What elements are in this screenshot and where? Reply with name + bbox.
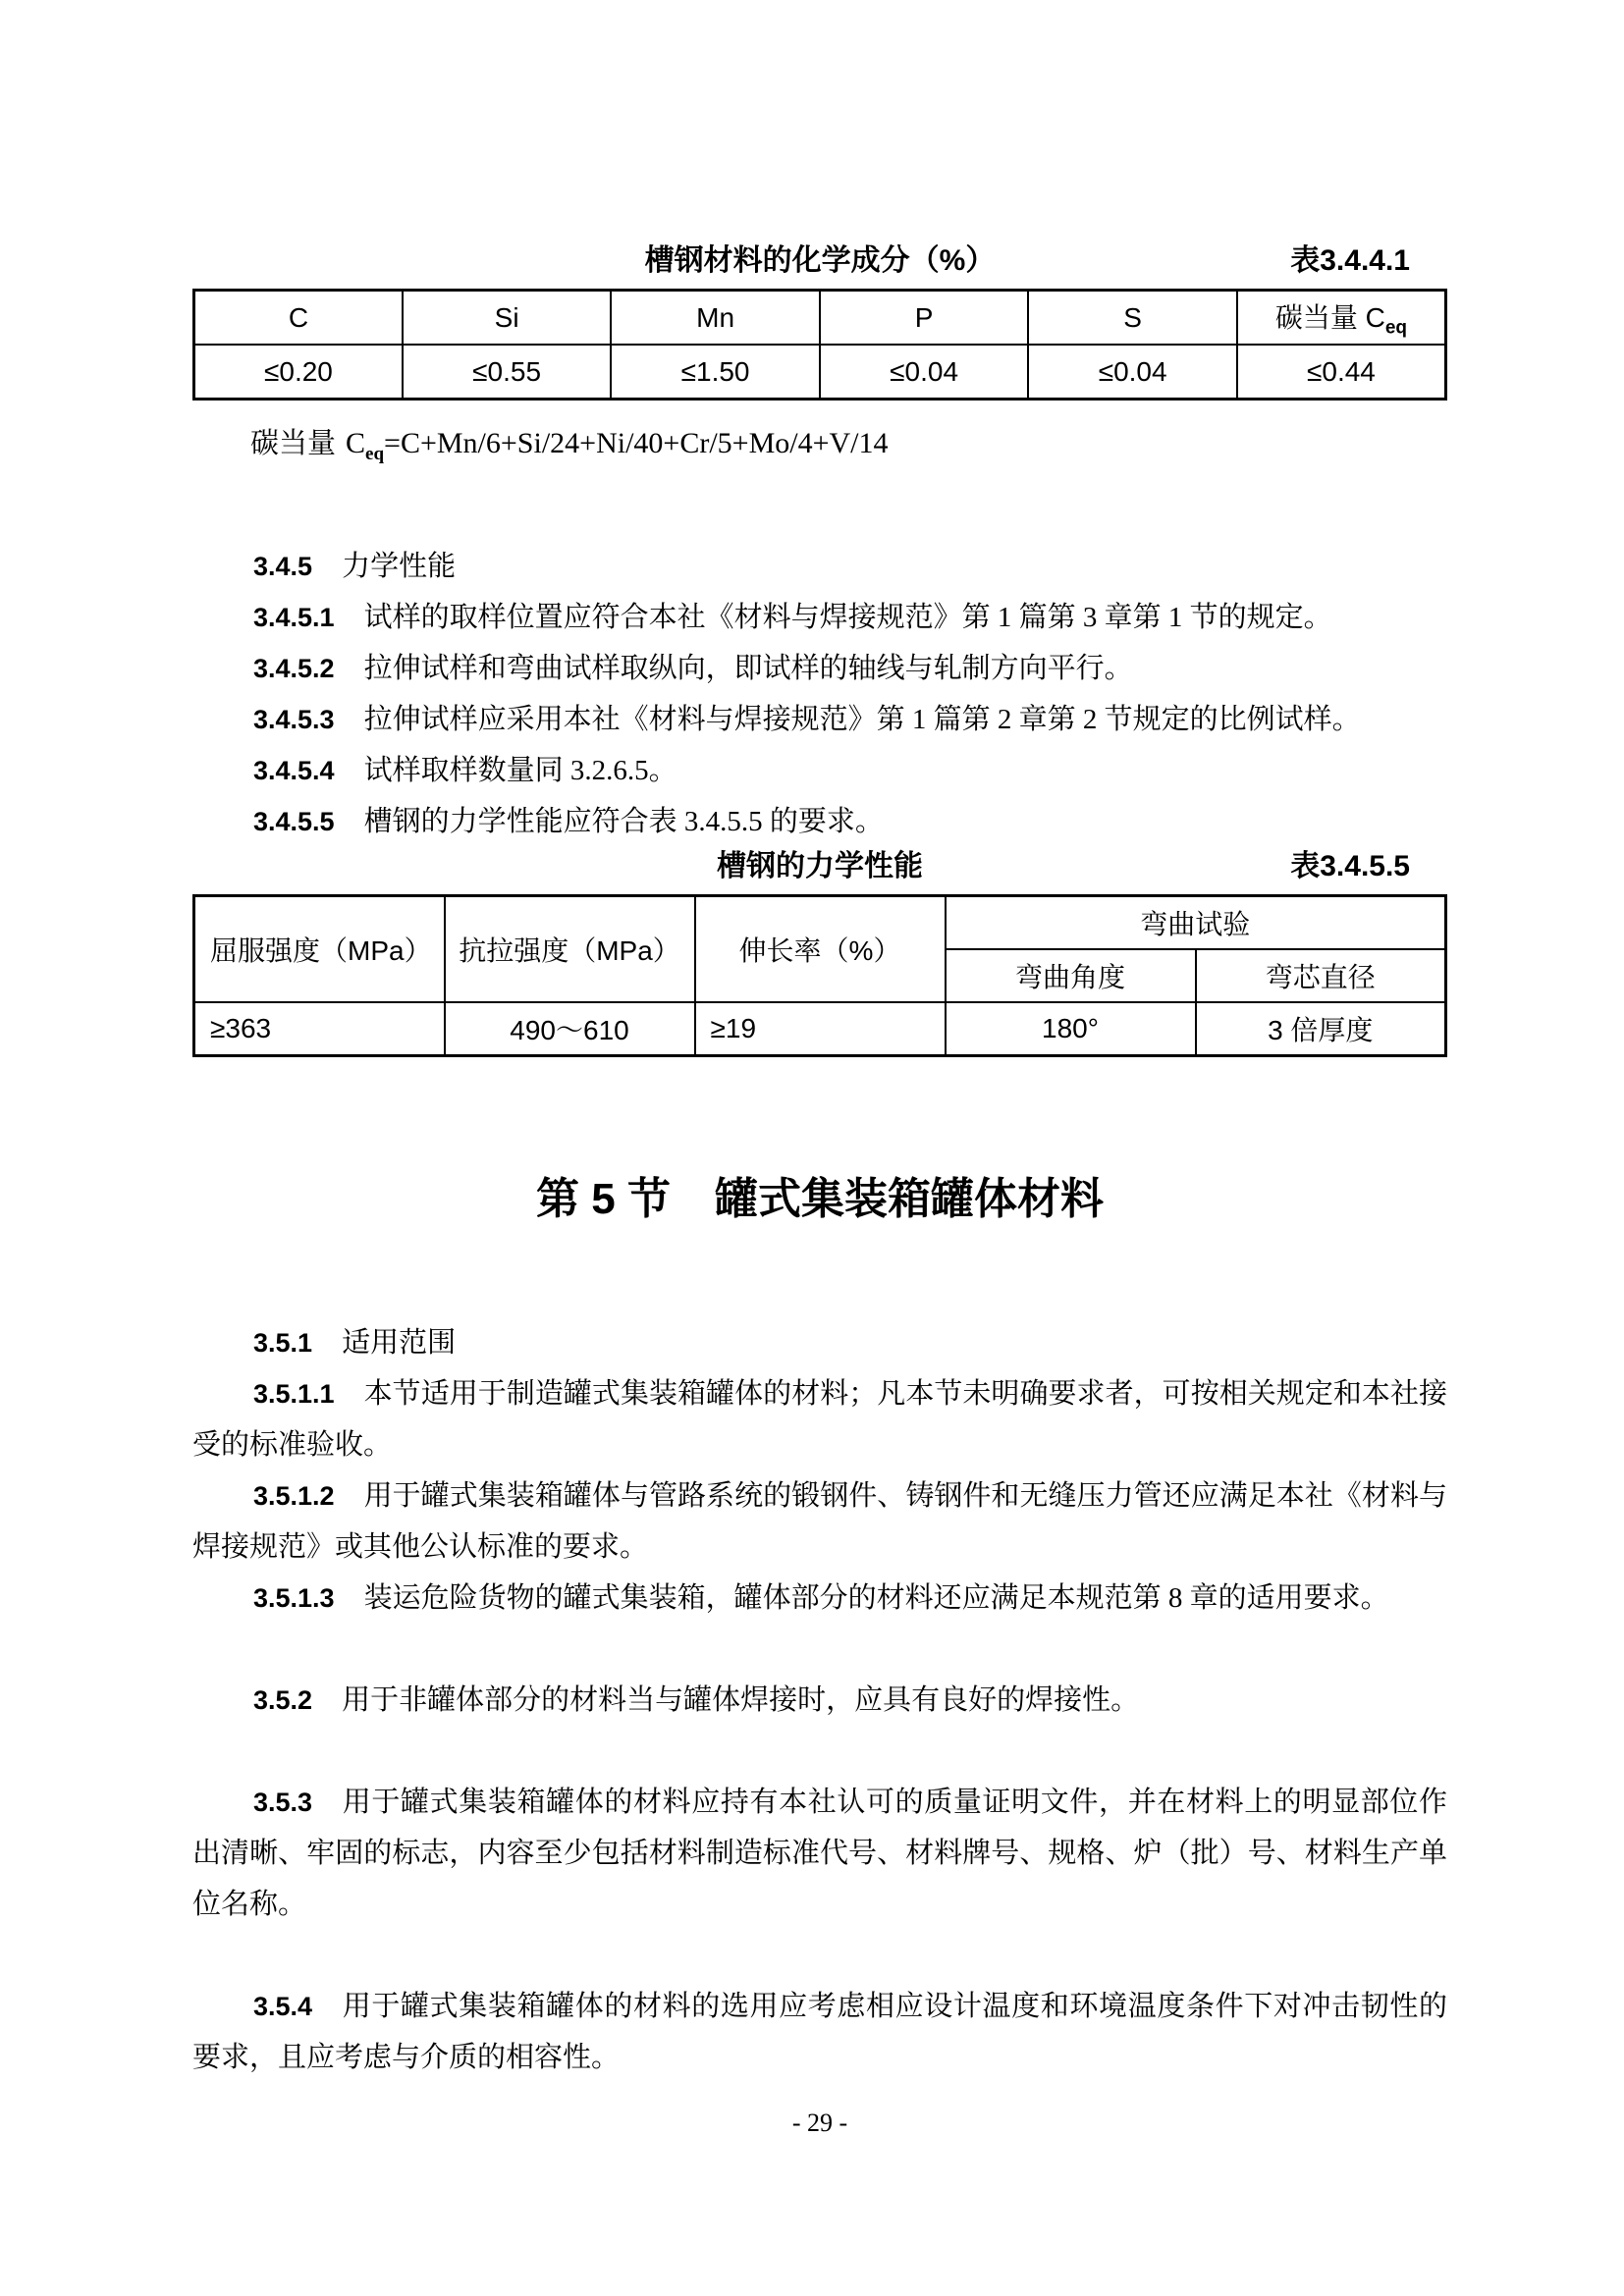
formula-c: C [346,427,365,459]
clause-number: 3.4.5.2 [253,654,335,683]
clause-number: 3.4.5 [253,552,312,581]
table-row: ≤0.20 ≤0.55 ≤1.50 ≤0.04 ≤0.04 ≤0.44 [194,345,1446,400]
table1-number-label: 表3.4.4.1 [1290,241,1410,281]
section-5-heading: 第 5 节罐式集装箱罐体材料 [192,1170,1447,1229]
clause-text: 槽钢的力学性能应符合表 3.4.5.5 的要求。 [364,806,884,837]
clause-3-5-1-2: 3.5.1.2用于罐式集装箱罐体与管路系统的锻钢件、铸钢件和无缝压力管还应满足本… [192,1470,1447,1573]
table-row: C Si Mn P S 碳当量 Ceq [194,291,1446,346]
clause-text: 用于罐式集装箱罐体的材料的选用应考虑相应设计温度和环境温度条件下对冲击韧性的要求… [192,1991,1447,2073]
table2-header-bend-group: 弯曲试验 [946,896,1446,950]
clause-text: 本节适用于制造罐式集装箱罐体的材料；凡本节未明确要求者，可按相关规定和本社接受的… [192,1378,1447,1461]
clause-number: 3.4.5.5 [253,807,335,836]
clause-text: 用于罐式集装箱罐体的材料应持有本社认可的质量证明文件，并在材料上的明显部位作出清… [192,1787,1447,1920]
table1-header-p: P [820,291,1029,346]
clause-number: 3.5.3 [253,1788,312,1817]
clause-text: 用于非罐体部分的材料当与罐体焊接时，应具有良好的焊接性。 [342,1684,1139,1716]
clause-text: 适用范围 [342,1327,456,1359]
table2-header-bend-mandrel: 弯芯直径 [1196,949,1446,1002]
clause-3-5-2: 3.5.2用于非罐体部分的材料当与罐体焊接时，应具有良好的焊接性。 [192,1675,1447,1726]
table2-caption-row: 槽钢的力学性能 表3.4.5.5 [192,847,1447,886]
clause-3-5-1-1: 3.5.1.1本节适用于制造罐式集装箱罐体的材料；凡本节未明确要求者，可按相关规… [192,1368,1447,1470]
section-5-number: 第 5 节 [536,1175,671,1223]
chemical-composition-table: C Si Mn P S 碳当量 Ceq ≤0.20 ≤0.55 ≤1.50 ≤0… [192,289,1447,400]
table2-value-bend-mandrel: 3 倍厚度 [1196,1002,1446,1056]
table2-title: 槽钢的力学性能 [717,850,923,882]
clause-text: 装运危险货物的罐式集装箱，罐体部分的材料还应满足本规范第 8 章的适用要求。 [364,1582,1389,1614]
clause-text: 试样取样数量同 3.2.6.5。 [364,755,677,786]
clause-3-4-5-4: 3.4.5.4试样取样数量同 3.2.6.5。 [192,745,1447,796]
table1-value-si: ≤0.55 [403,345,611,400]
clause-3-5-1-3: 3.5.1.3装运危险货物的罐式集装箱，罐体部分的材料还应满足本规范第 8 章的… [192,1573,1447,1624]
table-row: 屈服强度（MPa） 抗拉强度（MPa） 伸长率（%） 弯曲试验 [194,896,1446,950]
table2-header-elongation: 伸长率（%） [695,896,946,1003]
clause-number: 3.4.5.4 [253,756,335,785]
clause-number: 3.5.1 [253,1328,312,1358]
table1-header-s: S [1028,291,1237,346]
clause-text: 力学性能 [342,551,456,582]
clause-3-4-5: 3.4.5力学性能 [192,541,1447,592]
clause-number: 3.5.4 [253,1992,312,2021]
table2-number-label: 表3.4.5.5 [1290,847,1410,886]
clause-text: 拉伸试样和弯曲试样取纵向，即试样的轴线与轧制方向平行。 [364,653,1133,684]
clause-3-4-5-5: 3.4.5.5槽钢的力学性能应符合表 3.4.5.5 的要求。 [192,796,1447,847]
mechanical-properties-table: 屈服强度（MPa） 抗拉强度（MPa） 伸长率（%） 弯曲试验 弯曲角度 弯芯直… [192,894,1447,1057]
clause-3-5-1: 3.5.1适用范围 [192,1317,1447,1368]
table1-header-c: C [194,291,403,346]
table2-header-yield: 屈服强度（MPa） [194,896,445,1003]
table1-header-ceq: 碳当量 Ceq [1237,291,1446,346]
clause-number: 3.4.5.3 [253,705,335,734]
formula-cjk-label: 碳当量 [250,428,336,459]
table2-value-tensile: 490～610 [445,1002,695,1056]
formula-expression: =C+Mn/6+Si/24+Ni/40+Cr/5+Mo/4+V/14 [384,427,889,459]
clause-3-5-4: 3.5.4用于罐式集装箱罐体的材料的选用应考虑相应设计温度和环境温度条件下对冲击… [192,1981,1447,2083]
clause-text: 拉伸试样应采用本社《材料与焊接规范》第 1 篇第 2 章第 2 节规定的比例试样… [364,704,1361,735]
page-number: - 29 - [192,2109,1447,2138]
formula-subscript: eq [365,444,384,464]
clause-3-4-5-1: 3.4.5.1试样的取样位置应符合本社《材料与焊接规范》第 1 篇第 3 章第 … [192,592,1447,643]
clause-3-5-3: 3.5.3用于罐式集装箱罐体的材料应持有本社认可的质量证明文件，并在材料上的明显… [192,1777,1447,1930]
table2-value-yield: ≥363 [194,1002,445,1056]
table2-value-elongation: ≥19 [695,1002,946,1056]
table1-header-mn: Mn [611,291,820,346]
clause-number: 3.5.1.1 [253,1379,335,1409]
table1-header-si: Si [403,291,611,346]
table2-header-tensile: 抗拉强度（MPa） [445,896,695,1003]
clause-text: 试样的取样位置应符合本社《材料与焊接规范》第 1 篇第 3 章第 1 节的规定。 [364,602,1332,633]
clause-number: 3.5.2 [253,1685,312,1715]
table1-value-ceq: ≤0.44 [1237,345,1446,400]
carbon-equivalent-formula: 碳当量Ceq=C+Mn/6+Si/24+Ni/40+Cr/5+Mo/4+V/14 [192,418,1447,480]
clause-number: 3.5.1.3 [253,1583,335,1613]
clause-text: 用于罐式集装箱罐体与管路系统的锻钢件、铸钢件和无缝压力管还应满足本社《材料与焊接… [192,1480,1447,1563]
section-3-4-5: 3.4.5力学性能 3.4.5.1试样的取样位置应符合本社《材料与焊接规范》第 … [192,541,1447,847]
table1-value-s: ≤0.04 [1028,345,1237,400]
section-3-5: 3.5.1适用范围 3.5.1.1本节适用于制造罐式集装箱罐体的材料；凡本节未明… [192,1317,1447,2083]
table1-value-c: ≤0.20 [194,345,403,400]
document-page: 槽钢材料的化学成分（%） 表3.4.4.1 C Si Mn P S 碳当量 Ce… [0,0,1624,2296]
clause-number: 3.4.5.1 [253,603,335,632]
clause-3-4-5-3: 3.4.5.3拉伸试样应采用本社《材料与焊接规范》第 1 篇第 2 章第 2 节… [192,694,1447,745]
clause-number: 3.5.1.2 [253,1481,335,1511]
section-5-title: 罐式集装箱罐体材料 [715,1175,1104,1223]
table1-title: 槽钢材料的化学成分（%） [645,244,996,277]
ceq-subscript: eq [1385,317,1407,338]
table-row: ≥363 490～610 ≥19 180° 3 倍厚度 [194,1002,1446,1056]
page-content: 槽钢材料的化学成分（%） 表3.4.4.1 C Si Mn P S 碳当量 Ce… [192,0,1447,2083]
table1-value-mn: ≤1.50 [611,345,820,400]
table1-value-p: ≤0.04 [820,345,1029,400]
table2-header-bend-angle: 弯曲角度 [946,949,1196,1002]
clause-3-4-5-2: 3.4.5.2拉伸试样和弯曲试样取纵向，即试样的轴线与轧制方向平行。 [192,643,1447,694]
table1-caption-row: 槽钢材料的化学成分（%） 表3.4.4.1 [192,241,1447,281]
table2-value-bend-angle: 180° [946,1002,1196,1056]
ceq-prefix: 碳当量 C [1275,302,1385,333]
